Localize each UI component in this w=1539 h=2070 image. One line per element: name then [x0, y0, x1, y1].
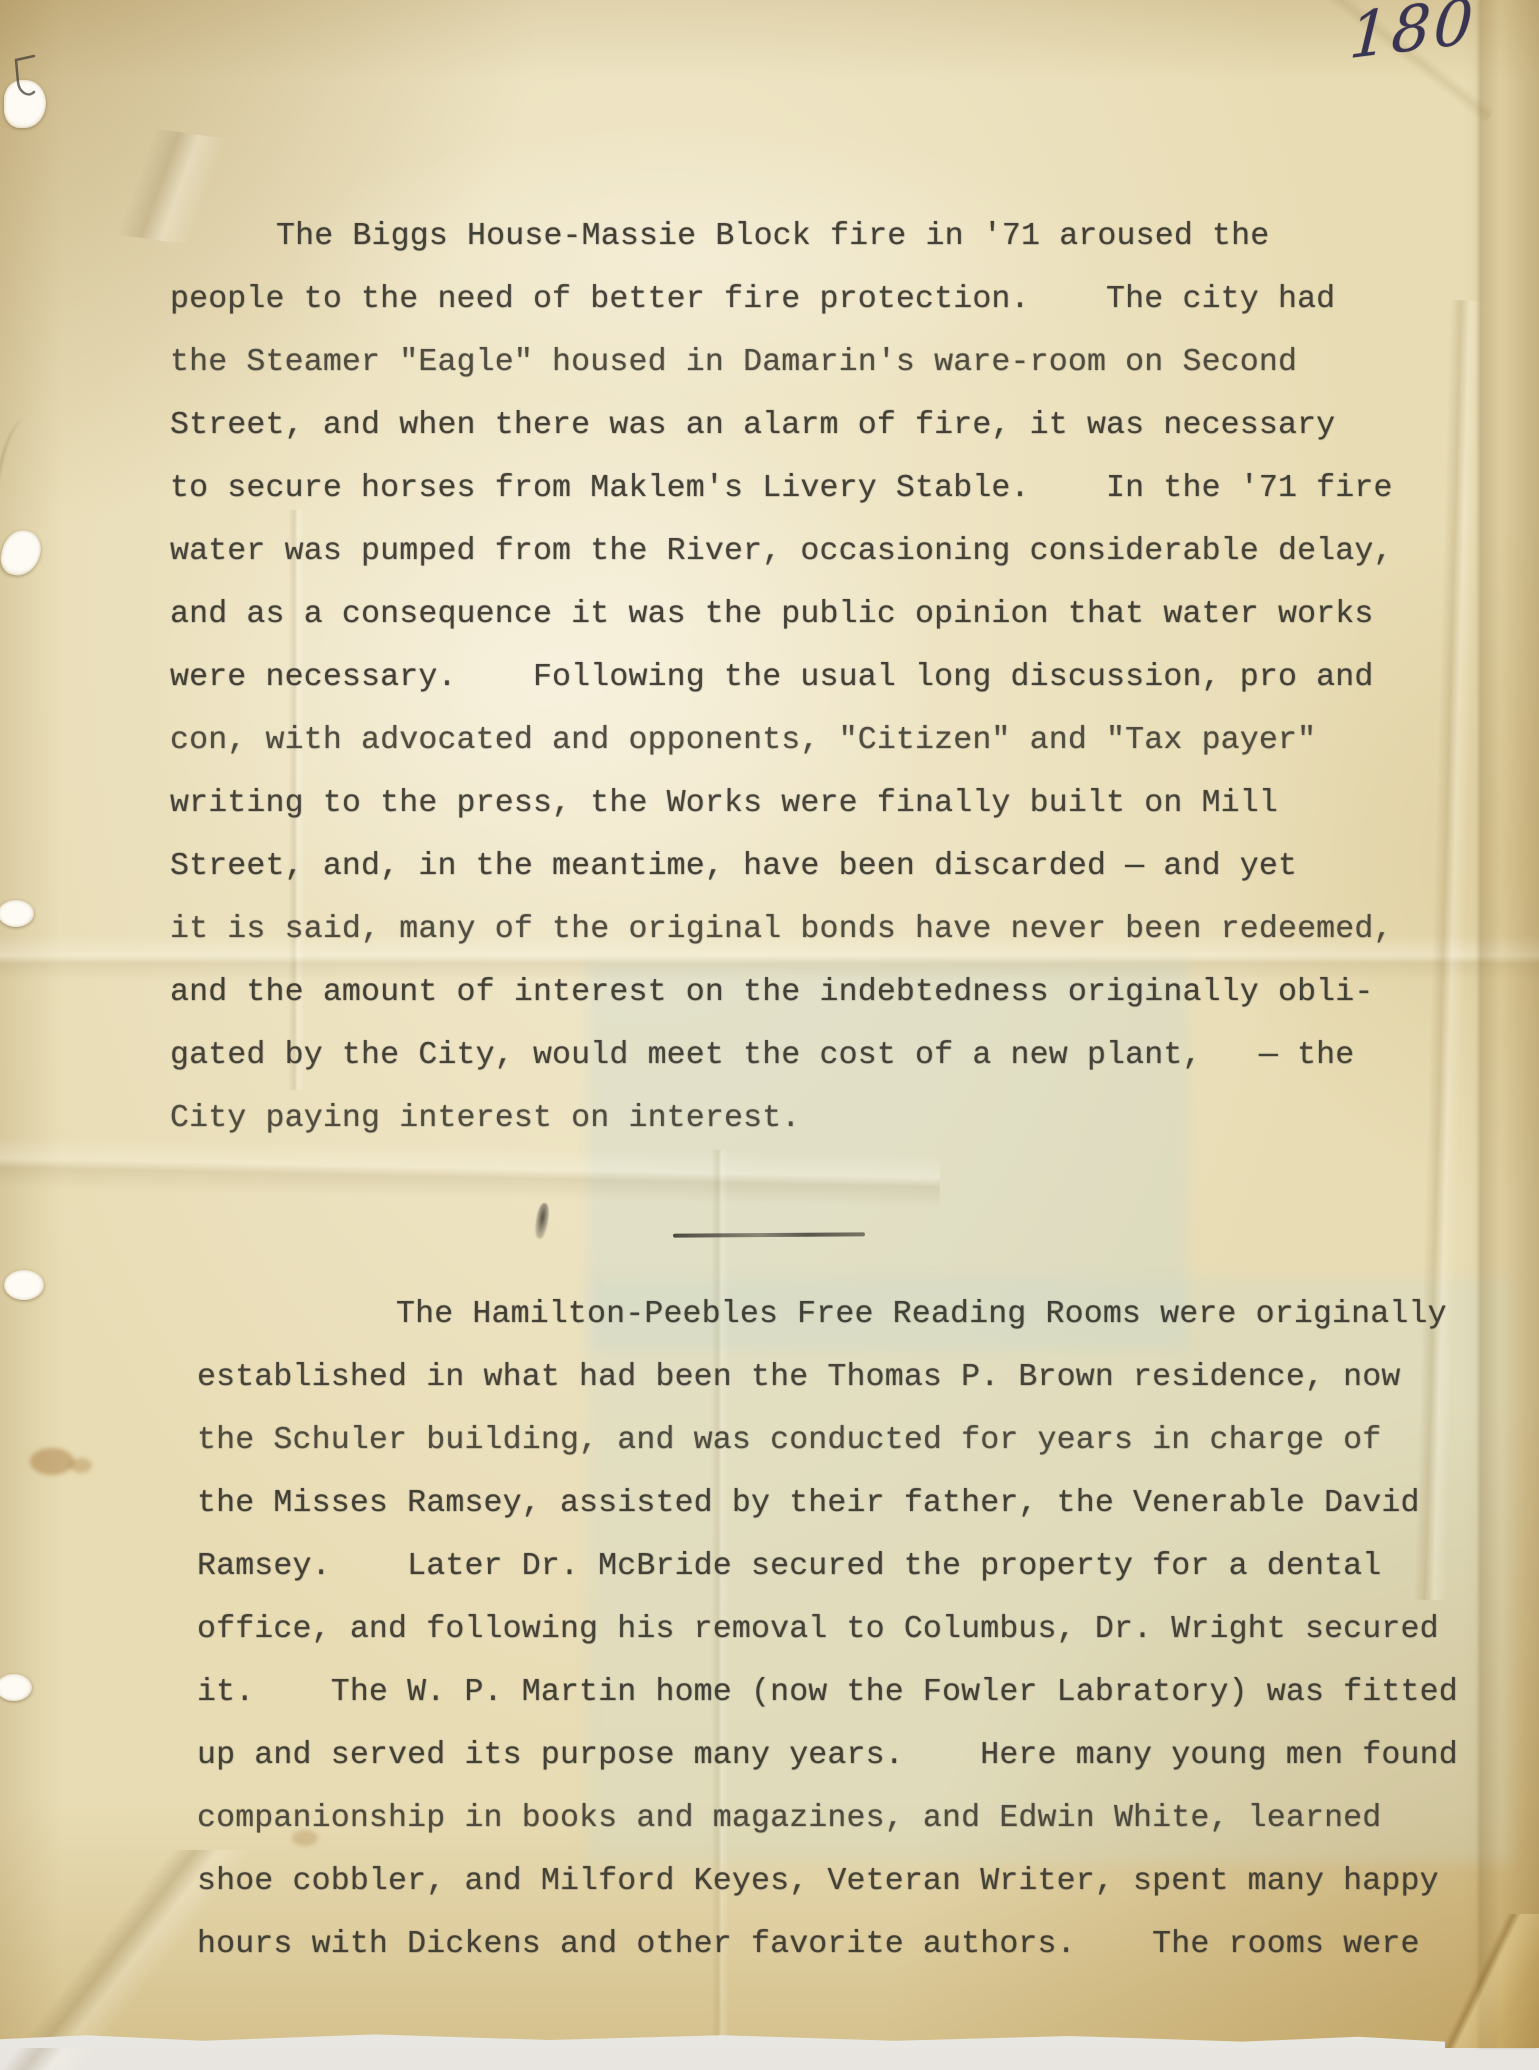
- typewritten-line: people to the need of better fire protec…: [170, 268, 1393, 331]
- ink-smudge: [533, 1202, 550, 1239]
- typewritten-line: to secure horses from Maklem's Livery St…: [170, 457, 1393, 520]
- typewritten-line: hours with Dickens and other favorite au…: [197, 1913, 1458, 1976]
- typewritten-line: it is said, many of the original bonds h…: [170, 898, 1393, 961]
- typewritten-line: the Steamer "Eagle" housed in Damarin's …: [170, 331, 1393, 394]
- typewritten-line: The Hamilton-Peebles Free Reading Rooms …: [197, 1283, 1458, 1346]
- punch-hole: [4, 1270, 44, 1300]
- typewritten-line: established in what had been the Thomas …: [197, 1346, 1458, 1409]
- typewritten-line: and as a consequence it was the public o…: [170, 583, 1393, 646]
- paragraph-fire-and-waterworks: The Biggs House-Massie Block fire in '71…: [170, 205, 1393, 1150]
- typewritten-line: City paying interest on interest.: [170, 1087, 1393, 1150]
- typewritten-line: Ramsey. Later Dr. McBride secured the pr…: [197, 1535, 1458, 1598]
- punch-hole: [0, 527, 44, 580]
- handwritten-page-number: 180: [1348, 0, 1478, 73]
- typewritten-line: the Schuler building, and was conducted …: [197, 1409, 1458, 1472]
- typewritten-line: gated by the City, would meet the cost o…: [170, 1024, 1393, 1087]
- binder-wire: [6, 52, 46, 104]
- typewritten-line: Street, and when there was an alarm of f…: [170, 394, 1393, 457]
- paper-corner-fold: [1424, 1914, 1539, 2048]
- paper-stain: [70, 1458, 92, 1473]
- typewritten-line: Street, and, in the meantime, have been …: [170, 835, 1393, 898]
- typewritten-line: it. The W. P. Martin home (now the Fowle…: [197, 1661, 1458, 1724]
- typewritten-line: up and served its purpose many years. He…: [197, 1724, 1458, 1787]
- typewritten-line: con, with advocated and opponents, "Citi…: [170, 709, 1393, 772]
- punch-hole: [0, 1674, 32, 1701]
- paragraph-reading-rooms: The Hamilton-Peebles Free Reading Rooms …: [197, 1283, 1458, 1976]
- typewritten-line: shoe cobbler, and Milford Keyes, Veteran…: [197, 1850, 1458, 1913]
- scanned-document-page: 180 The Biggs House-Massie Block fire in…: [0, 0, 1539, 2048]
- typewritten-line: companionship in books and magazines, an…: [197, 1787, 1458, 1850]
- typewritten-line: writing to the press, the Works were fin…: [170, 772, 1393, 835]
- scanner-background-strip: [0, 2032, 1445, 2048]
- section-divider-rule: [673, 1232, 865, 1237]
- typewritten-line: were necessary. Following the usual long…: [170, 646, 1393, 709]
- typewritten-line: the Misses Ramsey, assisted by their fat…: [197, 1472, 1458, 1535]
- paper-stain: [30, 1448, 74, 1475]
- typewritten-line: and the amount of interest on the indebt…: [170, 961, 1393, 1024]
- punch-hole: [0, 900, 34, 927]
- typewritten-line: water was pumped from the River, occasio…: [170, 520, 1393, 583]
- typewritten-line: office, and following his removal to Col…: [197, 1598, 1458, 1661]
- paper-fold-right-edge: [1480, 0, 1539, 2048]
- typewritten-line: The Biggs House-Massie Block fire in '71…: [170, 205, 1393, 268]
